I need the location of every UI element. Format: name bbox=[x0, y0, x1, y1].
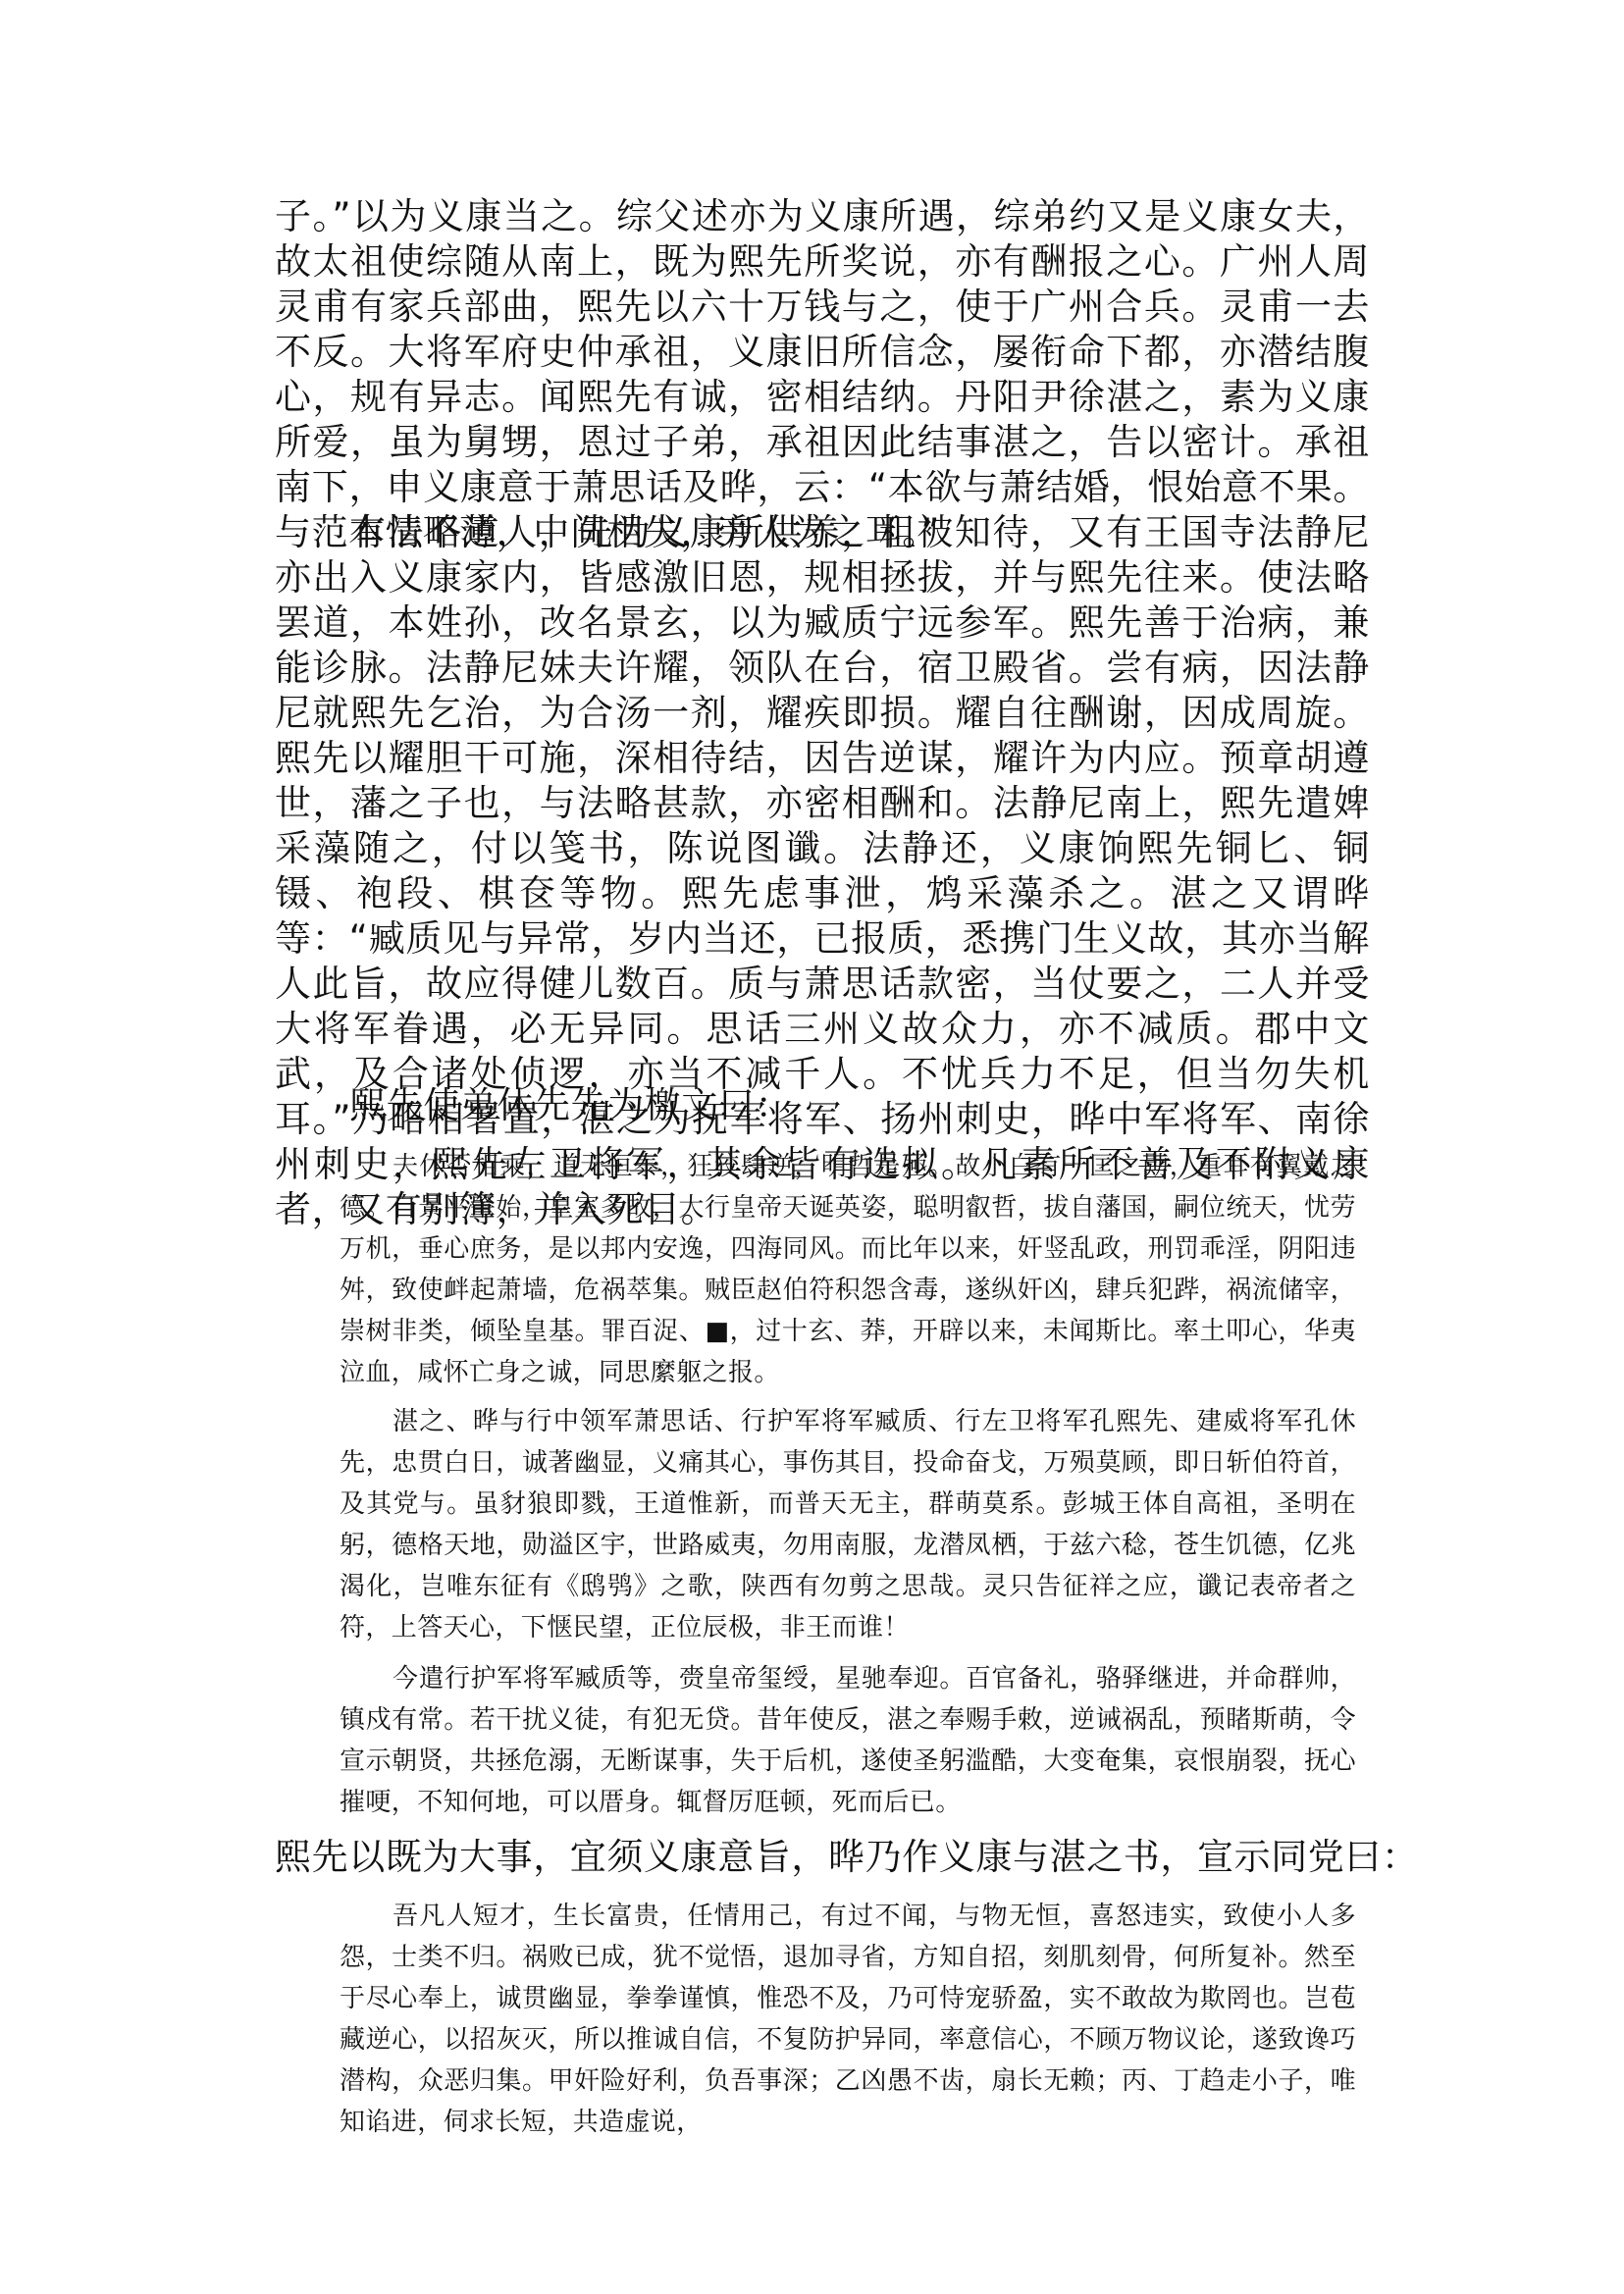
section-heading-proclamation: 熙先使弟休先先为檄文曰： bbox=[349, 1083, 792, 1128]
document-page: 子。”以为义康当之。综父述亦为义康所遇，综弟约又是义康女夫，故太祖使综随从南上，… bbox=[0, 0, 1624, 2294]
section-heading-letter: 熙先以既为大事，宜须义康意旨，晔乃作义康与湛之书，宣示同党曰： bbox=[275, 1835, 1419, 1880]
proclamation-paragraph-1: 夫休否相乘，道无恒泰，狂狡肆逆，明哲是殛。故小白有一匡之勋，重耳有翼戴之德。自景… bbox=[340, 1146, 1356, 1393]
proclamation-paragraph-2: 湛之、晔与行中领军萧思话、行护军将军臧质、行左卫将军孔熙先、建威将军孔休先，忠贯… bbox=[340, 1401, 1356, 1648]
letter-paragraph-1: 吾凡人短才，生长富贵，任情用己，有过不闻，与物无恒，喜怒违实，致使小人多怨，士类… bbox=[340, 1896, 1356, 2143]
narrative-paragraph-1: 子。”以为义康当之。综父述亦为义康所遇，综弟约又是义康女夫，故太祖使综随从南上，… bbox=[275, 194, 1370, 555]
proclamation-paragraph-3: 今遣行护军将军臧质等，赍皇帝玺绶，星驰奉迎。百官备礼，骆驿继进，并命群帅，镇戍有… bbox=[340, 1658, 1356, 1823]
